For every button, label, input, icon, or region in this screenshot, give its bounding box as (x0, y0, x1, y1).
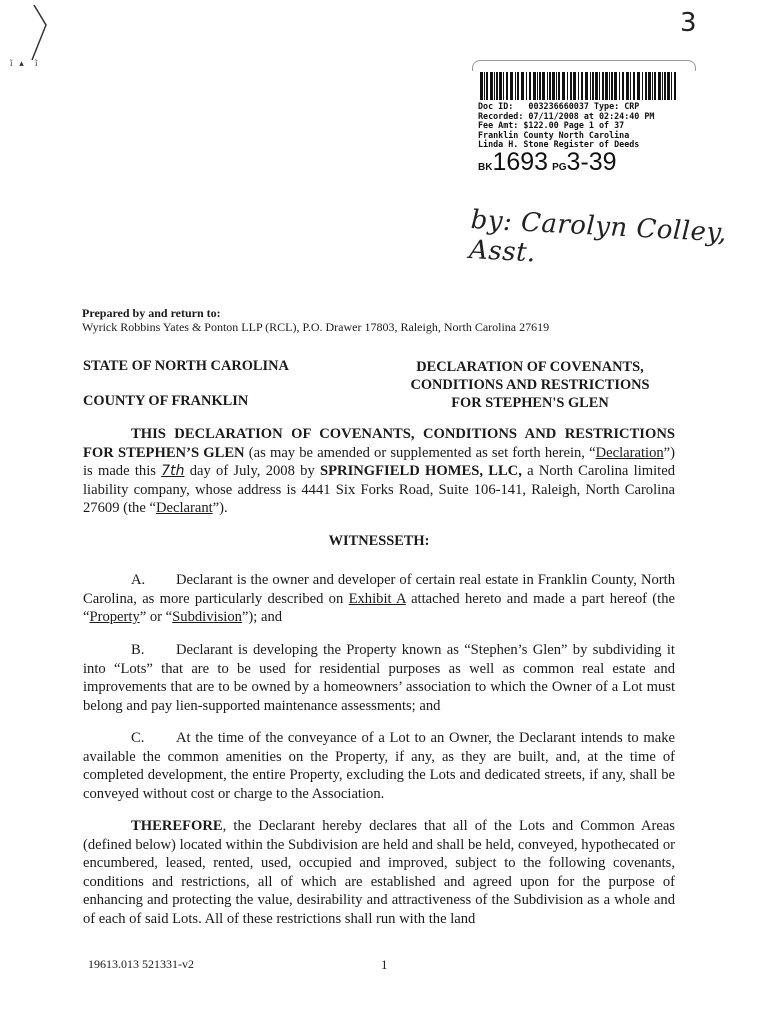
therefore-paragraph: THEREFORE, the Declarant hereby declares… (83, 817, 675, 929)
exhibit-a-reference: Exhibit A (349, 591, 406, 607)
title-line: CONDITIONS AND RESTRICTIONS (380, 376, 680, 394)
scan-specks: ĩ ▴ ĩ (10, 58, 38, 69)
page-range: 3-39 (567, 148, 617, 176)
therefore-text: , the Declarant hereby declares that all… (83, 818, 675, 927)
recital-letter: C. (131, 729, 176, 748)
handwritten-date: 7th (161, 463, 184, 479)
stamp-details: Doc ID: 003236660037 Type: CRPRecorded: … (478, 102, 654, 150)
declarant-term: Declarant (156, 500, 213, 516)
prepared-by-address: Wyrick Robbins Yates & Ponton LLP (RCL),… (82, 320, 549, 334)
caption-jurisdiction: STATE OF NORTH CAROLINA COUNTY OF FRANKL… (83, 358, 289, 428)
stamp-border (472, 60, 696, 71)
recital-c: C.At the time of the conveyance of a Lot… (83, 729, 675, 803)
intro-text: ”). (213, 500, 228, 516)
page-label: PG (552, 162, 566, 173)
company-name: SPRINGFIELD HOMES, LLC, (320, 463, 522, 479)
recital-letter: A. (131, 571, 176, 590)
therefore-keyword: THEREFORE (131, 818, 223, 834)
handwritten-signature: by: Carolyn Colley, Asst. (468, 205, 763, 280)
recital-text: ”); and (242, 609, 282, 625)
declaration-term: Declaration (596, 445, 664, 461)
footer-page-number: 1 (381, 957, 388, 973)
recital-text: ” or “ (140, 609, 172, 625)
witnesseth-heading: WITNESSETH: (83, 533, 675, 550)
prepared-by-label: Prepared by and return to: (82, 306, 549, 320)
footer-document-number: 19613.013 521331-v2 (88, 957, 194, 972)
book-label: BK (478, 162, 492, 173)
intro-text: (as may be amended or supplemented as se… (245, 445, 596, 461)
recital-letter: B. (131, 641, 176, 660)
title-line: FOR STEPHEN'S GLEN (380, 394, 680, 412)
subdivision-term: Subdivision (172, 609, 242, 625)
state-label: STATE OF NORTH CAROLINA (83, 358, 289, 393)
document-title: DECLARATION OF COVENANTS, CONDITIONS AND… (380, 358, 680, 412)
book-number: 1693 (492, 148, 548, 176)
county-label: COUNTY OF FRANKLIN (83, 393, 289, 428)
barcode (480, 72, 678, 100)
recital-b: B.Declarant is developing the Property k… (83, 641, 675, 715)
intro-text: day of July, 2008 by (184, 463, 320, 479)
book-page-reference: BK1693 PG3-39 (478, 148, 617, 177)
prepared-by-block: Prepared by and return to: Wyrick Robbin… (82, 306, 549, 334)
property-term: Property (89, 609, 139, 625)
recital-a: A.Declarant is the owner and developer o… (83, 571, 675, 627)
title-line: DECLARATION OF COVENANTS, (380, 358, 680, 376)
handwritten-page-mark: 3 (680, 8, 697, 38)
intro-paragraph: THIS DECLARATION OF COVENANTS, CONDITION… (83, 425, 675, 518)
